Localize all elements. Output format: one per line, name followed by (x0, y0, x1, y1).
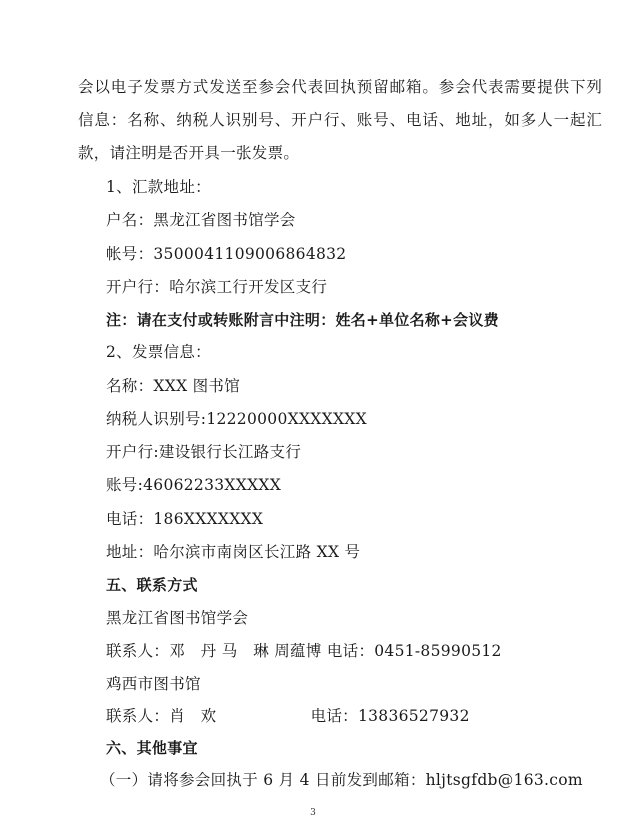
remittance-heading: 1、汇款地址： (106, 177, 211, 197)
invoice-tax-id: 纳税人识别号:12220000XXXXXXX (106, 409, 367, 429)
intro-line-3: 款，请注明是否开具一张发票。 (78, 143, 299, 163)
contact-heading: 五、联系方式 (106, 575, 198, 595)
page-number: 3 (0, 808, 626, 818)
invoice-heading: 2、发票信息： (106, 342, 211, 362)
other-item-1: （一）请将参会回执于 6 月 4 日前发到邮箱：hljtsgfdb@163.co… (100, 770, 583, 790)
remittance-account-name: 户名：黑龙江省图书馆学会 (106, 210, 296, 230)
contact-org2: 鸡西市图书馆 (106, 674, 201, 694)
invoice-bank: 开户行:建设银行长江路支行 (106, 442, 301, 462)
remittance-account-number: 帐号：3500041109006864832 (106, 244, 346, 264)
intro-line-2: 信息：名称、纳税人识别号、开户行、账号、电话、地址，如多人一起汇 (78, 110, 546, 130)
contact-org1: 黑龙江省图书馆学会 (106, 608, 248, 628)
invoice-account: 账号:46062233XXXXX (106, 475, 281, 495)
contact-org1-people: 联系人：邓 丹 马 琳 周蕴博 电话：0451-85990512 (106, 641, 502, 661)
invoice-name: 名称：XXX 图书馆 (106, 376, 240, 396)
contact-org2-people: 联系人：肖 欢 电话：13836527932 (106, 706, 470, 726)
document-page: 会以电子发票方式发送至参会代表回执预留邮箱。参会代表需要提供下列 信息：名称、纳… (0, 0, 626, 822)
remittance-note: 注：请在支付或转账附言中注明：姓名+单位名称+会议费 (106, 310, 499, 330)
invoice-phone: 电话：186XXXXXXX (106, 509, 263, 529)
other-heading: 六、其他事宜 (106, 738, 198, 758)
invoice-address: 地址：哈尔滨市南岗区长江路 XX 号 (106, 542, 360, 562)
intro-line-1: 会以电子发票方式发送至参会代表回执预留邮箱。参会代表需要提供下列 (78, 77, 546, 97)
remittance-bank: 开户行：哈尔滨工行开发区支行 (106, 277, 327, 297)
